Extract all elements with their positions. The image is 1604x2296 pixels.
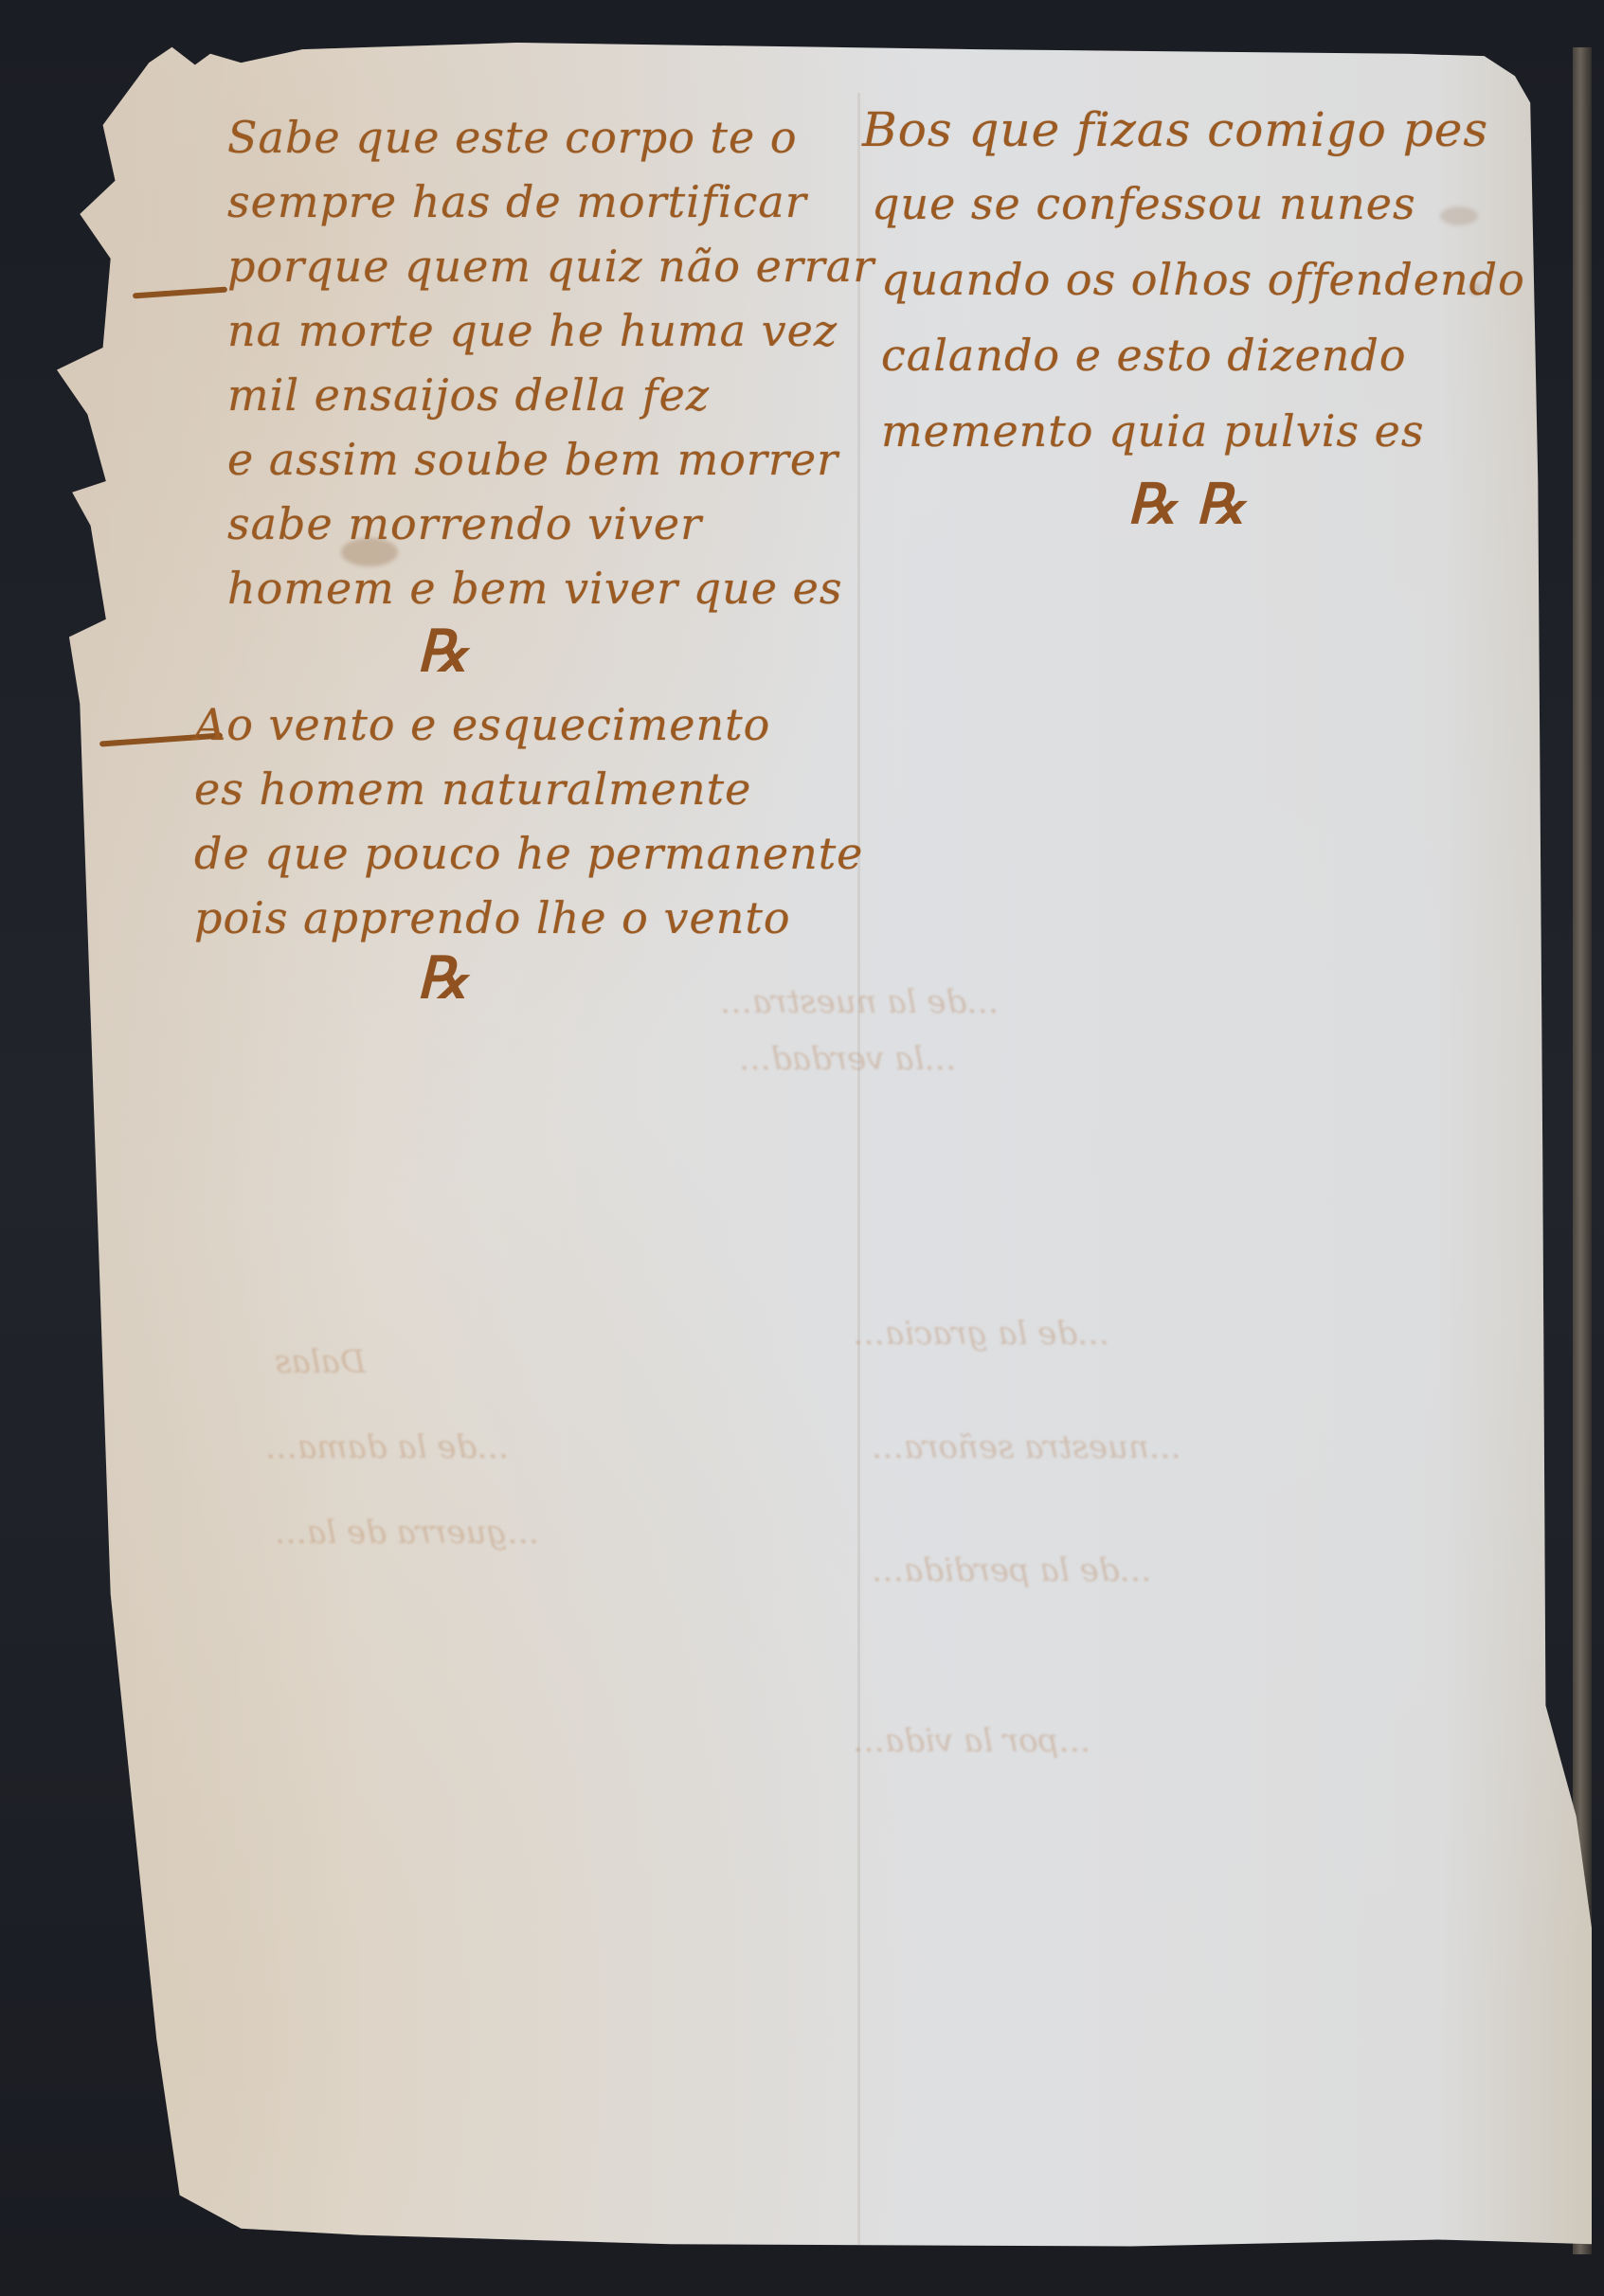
verse-line: es homem naturalmente [194, 763, 751, 815]
page-fold-line [857, 93, 860, 2271]
verse-line: homem e bem viver que es [227, 563, 842, 614]
verse-line: Bos que fizas comigo pes [862, 102, 1488, 157]
verse-line: mil ensaijos della fez [227, 369, 710, 421]
verse-line: Ao vento e esquecimento [194, 699, 770, 750]
verse-line: que se confessou nunes [872, 178, 1416, 229]
verse-line: e assim soube bem morrer [227, 434, 838, 485]
verse-line: calando e esto dizendo [881, 330, 1407, 381]
bleed-through-text: …de la nuestra… [720, 983, 999, 1021]
manuscript-page: Sabe que este corpo te o sempre has de m… [57, 36, 1592, 2262]
bleed-through-text: …por la vida… [853, 1722, 1090, 1760]
ink-stain [1440, 206, 1478, 225]
verse-line: de que pouco he permanente [194, 828, 863, 879]
verse-line: Sabe que este corpo te o [227, 112, 798, 163]
verse-line: na morte que he huma vez [227, 305, 838, 356]
bleed-through-text: …de la gracia… [853, 1315, 1109, 1353]
photo-background: Sabe que este corpo te o sempre has de m… [0, 0, 1604, 2296]
verse-line: porque quem quiz não errar [227, 241, 874, 292]
bleed-through-text: …de la perdida… [872, 1552, 1151, 1589]
bleed-through-text: …guerra de la… [275, 1514, 539, 1552]
verse-line: quando os olhos offendendo [881, 254, 1525, 305]
verse-line: memento quia pulvis es [881, 405, 1424, 457]
response-flourish: ℞ [417, 619, 468, 685]
bleed-through-text: …nuestra señora… [872, 1428, 1181, 1466]
margin-mark [133, 287, 227, 299]
bleed-through-text: …de la dama… [265, 1428, 509, 1466]
response-flourish: ℞ ℞ [1127, 472, 1245, 536]
bleed-through-text: Dalas [275, 1343, 366, 1381]
verse-line: pois apprendo lhe o vento [194, 892, 791, 943]
response-flourish: ℞ [417, 945, 468, 1012]
bleed-through-text: …la verdad… [739, 1040, 956, 1078]
verse-line: sempre has de mortificar [227, 176, 807, 227]
verse-line: sabe morrendo viver [227, 498, 702, 549]
